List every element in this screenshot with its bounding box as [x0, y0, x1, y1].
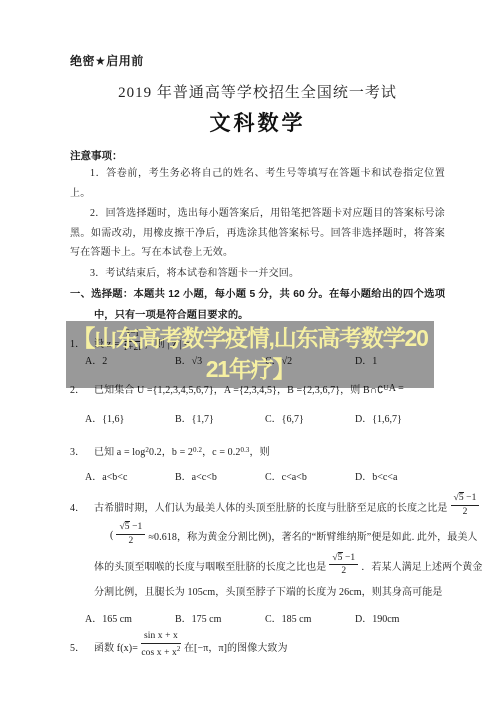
option-a: A．a<b<c: [85, 468, 175, 483]
notice-item-2: 2．回答选择题时，选出每小题答案后，用铅笔把答题卡对应题目的答案标号涂黑。如需改…: [70, 204, 445, 263]
option-c: C．{6,7}: [265, 410, 355, 425]
fraction-denominator: 2: [451, 506, 480, 518]
question-3-text-2: 0.2，b = 2: [149, 443, 193, 458]
subject-title: 文科数学: [70, 107, 445, 137]
fraction-denominator: 2: [116, 535, 145, 547]
question-5-stem: 5． 函数 f(x)= sin x + xcos x + x2 在[−π，π]的…: [70, 631, 445, 661]
section-heading: 一、选择题：本题共 12 小题，每小题 5 分，共 60 分。在每小题给出的四个…: [70, 285, 445, 326]
notice-item-3: 3．考试结束后，将本试卷和答题卡一并交回。: [70, 264, 445, 284]
golden-ratio-fraction: √5 −12: [116, 522, 145, 547]
golden-ratio-fraction: √5 −12: [451, 493, 480, 518]
question-4-number: 4．: [70, 499, 94, 514]
question-5-text-pre: 函数 f(x)=: [94, 639, 138, 654]
option-d: D．b<c<a: [355, 468, 445, 483]
option-d: D．{1,6,7}: [355, 410, 445, 425]
notice-heading: 注意事项：: [70, 148, 445, 163]
option-c: C．c<a<b: [265, 468, 355, 483]
question-5-fraction: sin x + xcos x + x2: [141, 631, 181, 659]
question-4-options: A．165 cm B．175 cm C．185 cm D．190cm: [85, 610, 445, 625]
watermark-text-line-2: 21年疗】: [66, 354, 434, 385]
option-b: B．175 cm: [175, 610, 265, 625]
exponent-1: 0.2: [193, 446, 202, 454]
question-4-line-3: 体的头顶至咽喉的长度与咽喉至肚脐的长度之比也是 √5 −12 ．若某人满足上述两…: [70, 553, 445, 580]
golden-ratio-fraction: √5 −12: [329, 553, 358, 578]
fraction-numerator: √5 −1: [451, 493, 480, 506]
question-3-stem: 3． 已知 a = log 2 0.2，b = 2 0.2 ，c = 0.2 0…: [70, 443, 445, 458]
fraction-numerator: √5 −1: [116, 522, 145, 535]
exam-title: 2019 年普通高等学校招生全国统一考试: [70, 81, 445, 102]
option-a: A．165 cm: [85, 610, 175, 625]
question-3-text-3: ，c = 0.2: [202, 443, 240, 458]
question-3-text-4: ，则: [250, 443, 270, 458]
question-4-text-3a: 体的头顶至咽喉的长度与咽喉至肚脐的长度之比也是: [94, 558, 326, 573]
watermark-overlay: 【山东高考数学疫情,山东高考数学20 21年疗】: [66, 321, 434, 388]
exam-paper-page: 绝密★启用前 2019 年普通高等学校招生全国统一考试 文科数学 注意事项： 1…: [0, 0, 500, 706]
question-4-line-2: ( √5 −12 ≈0.618，称为黄金分割比例)，著名的“断臂维纳斯”便是如此…: [70, 522, 445, 549]
option-c: C．185 cm: [265, 610, 355, 625]
question-4-text-3b: ．若某人满足上述两个黄金: [361, 558, 482, 573]
question-5-number: 5．: [70, 639, 94, 654]
fraction-denominator: cos x + x2: [141, 644, 181, 659]
option-b: B．a<c<b: [175, 468, 265, 483]
question-4-text-2a: (: [110, 530, 113, 541]
question-4-text-1: 古希腊时期，人们认为最美人体的头顶至肚脐的长度与肚脐至足底的长度之比是: [94, 499, 448, 514]
fraction-numerator: √5 −1: [329, 553, 358, 566]
exponent-2: 0.3: [240, 446, 249, 454]
security-label: 绝密★启用前: [70, 52, 445, 69]
fraction-denominator: 2: [329, 565, 358, 577]
notice-item-1: 1．答卷前，考生务必将自己的姓名、考生号等填写在答题卡和试卷指定位置上。: [70, 164, 445, 203]
question-4-text-4: 分割比例，且腿长为 105cm，头顶至脖子下端的长度为 26cm，则其身高可能是: [94, 583, 442, 598]
question-2-options: A．{1,6} B．{1,7} C．{6,7} D．{1,6,7}: [85, 410, 445, 425]
fraction-numerator: sin x + x: [141, 631, 181, 644]
question-3-options: A．a<b<c B．a<c<b C．c<a<b D．b<c<a: [85, 468, 445, 483]
exponent: 2: [177, 645, 181, 653]
question-5-text-post: 在[−π，π]的图像大致为: [184, 639, 288, 654]
question-4-text-2b: ≈0.618，称为黄金分割比例)，著名的“断臂维纳斯”便是如此. 此外，最美人: [148, 528, 477, 543]
question-3-number: 3．: [70, 443, 94, 458]
option-d: D．190cm: [355, 610, 445, 625]
question-4-line-4: 分割比例，且腿长为 105cm，头顶至脖子下端的长度为 26cm，则其身高可能是: [70, 583, 445, 598]
option-a: A．{1,6}: [85, 410, 175, 425]
option-b: B．{1,7}: [175, 410, 265, 425]
question-3-text-1: 已知 a = log: [94, 443, 145, 458]
question-4-line-1: 4． 古希腊时期，人们认为最美人体的头顶至肚脐的长度与肚脐至足底的长度之比是 √…: [70, 493, 445, 520]
question-4: 4． 古希腊时期，人们认为最美人体的头顶至肚脐的长度与肚脐至足底的长度之比是 √…: [70, 493, 445, 626]
watermark-text-line-1: 【山东高考数学疫情,山东高考数学20: [66, 323, 434, 354]
